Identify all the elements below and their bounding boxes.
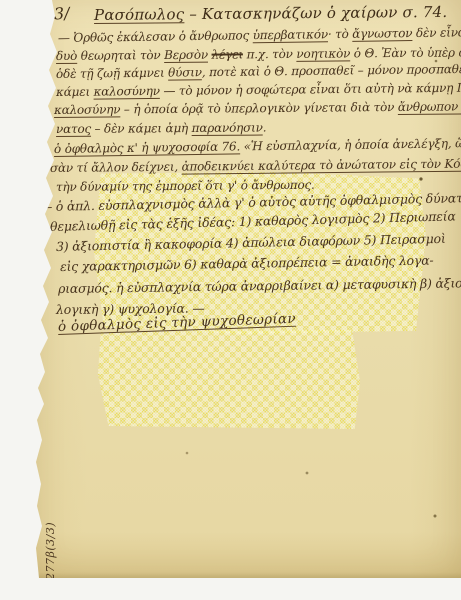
underlined-text: νατος [56, 122, 91, 136]
underlined-text: θύσιν [168, 65, 202, 79]
handwritten-line: δυὸ θεωρηταὶ τὸν Βερσὸν λέγει π.χ. τὸν ν… [56, 45, 461, 63]
underlined-text: ὁ ὀφθαλμὸς κ' ἡ ψυχοσοφία 76. [54, 139, 240, 156]
handwritten-line: τὴν δύναμίν της ἐμπορεῖ ὅτι γ' ὁ ἄνθρωπο… [56, 178, 315, 194]
underlined-text: δυὸ [56, 49, 77, 63]
handwritten-text: · τὸ [328, 27, 353, 41]
underlined-text: νοητικὸν [296, 46, 350, 60]
handwritten-text: — Ὀρθῶς ἐκάλεσαν ὁ ἄνθρωπος [58, 28, 253, 45]
handwritten-line: καλοσύνην – ἡ ὁποία ὁρᾷ τὸ ὑπερλογικὸν γ… [54, 99, 461, 117]
struck-text: λέγει [211, 47, 242, 61]
underlined-text: παρανόησιν [192, 121, 263, 135]
handwritten-text: «Ἡ εὐσπλαχνία, ἡ ὁποία ἀνελέγξη, ὥρα [240, 136, 461, 153]
handwritten-line: σὰν τί ἄλλον δείχνει, ἀποδεικνύει καλύτε… [50, 156, 461, 175]
handwritten-line: εἰς χαρακτηρισμῶν 6) καθαρὰ ἀξιοπρέπεια … [60, 252, 434, 274]
handwritten-text: τὴν δύναμίν της ἐμπορεῖ ὅτι γ' ὁ ἄνθρωπο… [56, 178, 315, 194]
handwritten-text: – Κατασκηνάζων ὁ χαίρων σ. 74. [184, 3, 447, 23]
handwritten-text: ριασμός. ἡ εὐσπλαχνία τώρα ἀναρριβαίνει … [58, 275, 461, 296]
scanned-page: 3/ Ρασόπωλος – Κατασκηνάζων ὁ χαίρων σ. … [0, 0, 461, 600]
handwritten-line: ὁδὲ τῇ ζωῇ κάμνει θύσιν, ποτὲ καὶ ὁ Θ. π… [56, 62, 461, 81]
handwritten-line: νατος – δὲν κάμει ἀμὴ παρανόησιν. [56, 121, 266, 136]
underlined-text: Βερσὸν [164, 48, 208, 62]
handwritten-line: ὁ ὀφθαλμὸς κ' ἡ ψυχοσοφία 76. «Ἡ εὐσπλαχ… [54, 136, 461, 156]
handwritten-text: κάμει [56, 85, 94, 99]
handwritten-line: ριασμός. ἡ εὐσπλαχνία τώρα ἀναρριβαίνει … [58, 275, 461, 296]
title-line: Ρασόπωλος – Κατασκηνάζων ὁ χαίρων σ. 74. [94, 3, 448, 24]
handwritten-line: 3) ἀξιοπιστία ἢ κακοφορία 4) ἀπώλεια δια… [56, 231, 446, 254]
handwritten-text: εἰς χαρακτηρισμῶν 6) καθαρὰ ἀξιοπρέπεια … [60, 252, 434, 274]
handwritten-text: π.χ. τὸν [243, 47, 297, 61]
handwritten-text: – ἡ ὁποία ὁρᾷ τὸ ὑπερλογικὸν γίνεται διὰ… [120, 100, 398, 116]
underlined-text: καλοσύνην [54, 102, 120, 117]
handwritten-text: — τὸ μόνον ἡ σοφώτερα εἶναι ὅτι αὐτὴ νὰ … [160, 80, 461, 98]
manuscript-paper: 3/ Ρασόπωλος – Κατασκηνάζων ὁ χαίρων σ. … [36, 0, 461, 578]
underlined-text: ἀποδεικνύει καλύτερα τὸ ἀνώτατον εἰς τὸν… [181, 156, 461, 173]
handwritten-text: σὰν τί ἄλλον δείχνει, [50, 160, 182, 175]
handwritten-text: ὁδὲ τῇ ζωῇ κάμνει [56, 66, 168, 81]
handwritten-text: . [263, 121, 267, 135]
underlined-text: ὑπερβατικόν [253, 27, 328, 42]
handwritten-text-block: Ρασόπωλος – Κατασκηνάζων ὁ χαίρων σ. 74.… [36, 0, 461, 578]
handwritten-text: 3) ἀξιοπιστία ἢ κακοφορία 4) ἀπώλεια δια… [56, 231, 446, 254]
underlined-text: Ρασόπωλος [94, 5, 184, 24]
underlined-text: ἄγνωστον [352, 26, 412, 41]
handwritten-text: ὁ Θ. Ἐὰν τὸ ὑπὲρ α εὐτυχῆ [350, 45, 461, 60]
handwritten-text: θεωρηταὶ τὸν [77, 48, 164, 63]
handwritten-text: – δὲν κάμει ἀμὴ [91, 121, 192, 136]
handwritten-line: — Ὀρθῶς ἐκάλεσαν ὁ ἄνθρωπος ὑπερβατικόν·… [58, 24, 461, 45]
handwritten-text: , ποτὲ καὶ ὁ Θ. προσπαθεῖ – μόνον προσπα… [202, 62, 461, 80]
handwritten-text: δὲν εἶναι ἀπὸ [412, 25, 461, 40]
underlined-text: καλοσύνην [93, 84, 159, 99]
handwritten-line: κάμει καλοσύνην — τὸ μόνον ἡ σοφώτερα εἶ… [56, 80, 461, 99]
archive-number-vertical: 277β(3/3) [44, 498, 57, 580]
paper-specks [36, 0, 38, 2]
underlined-text: ἄνθρωπον ἀδύ- [398, 99, 461, 114]
